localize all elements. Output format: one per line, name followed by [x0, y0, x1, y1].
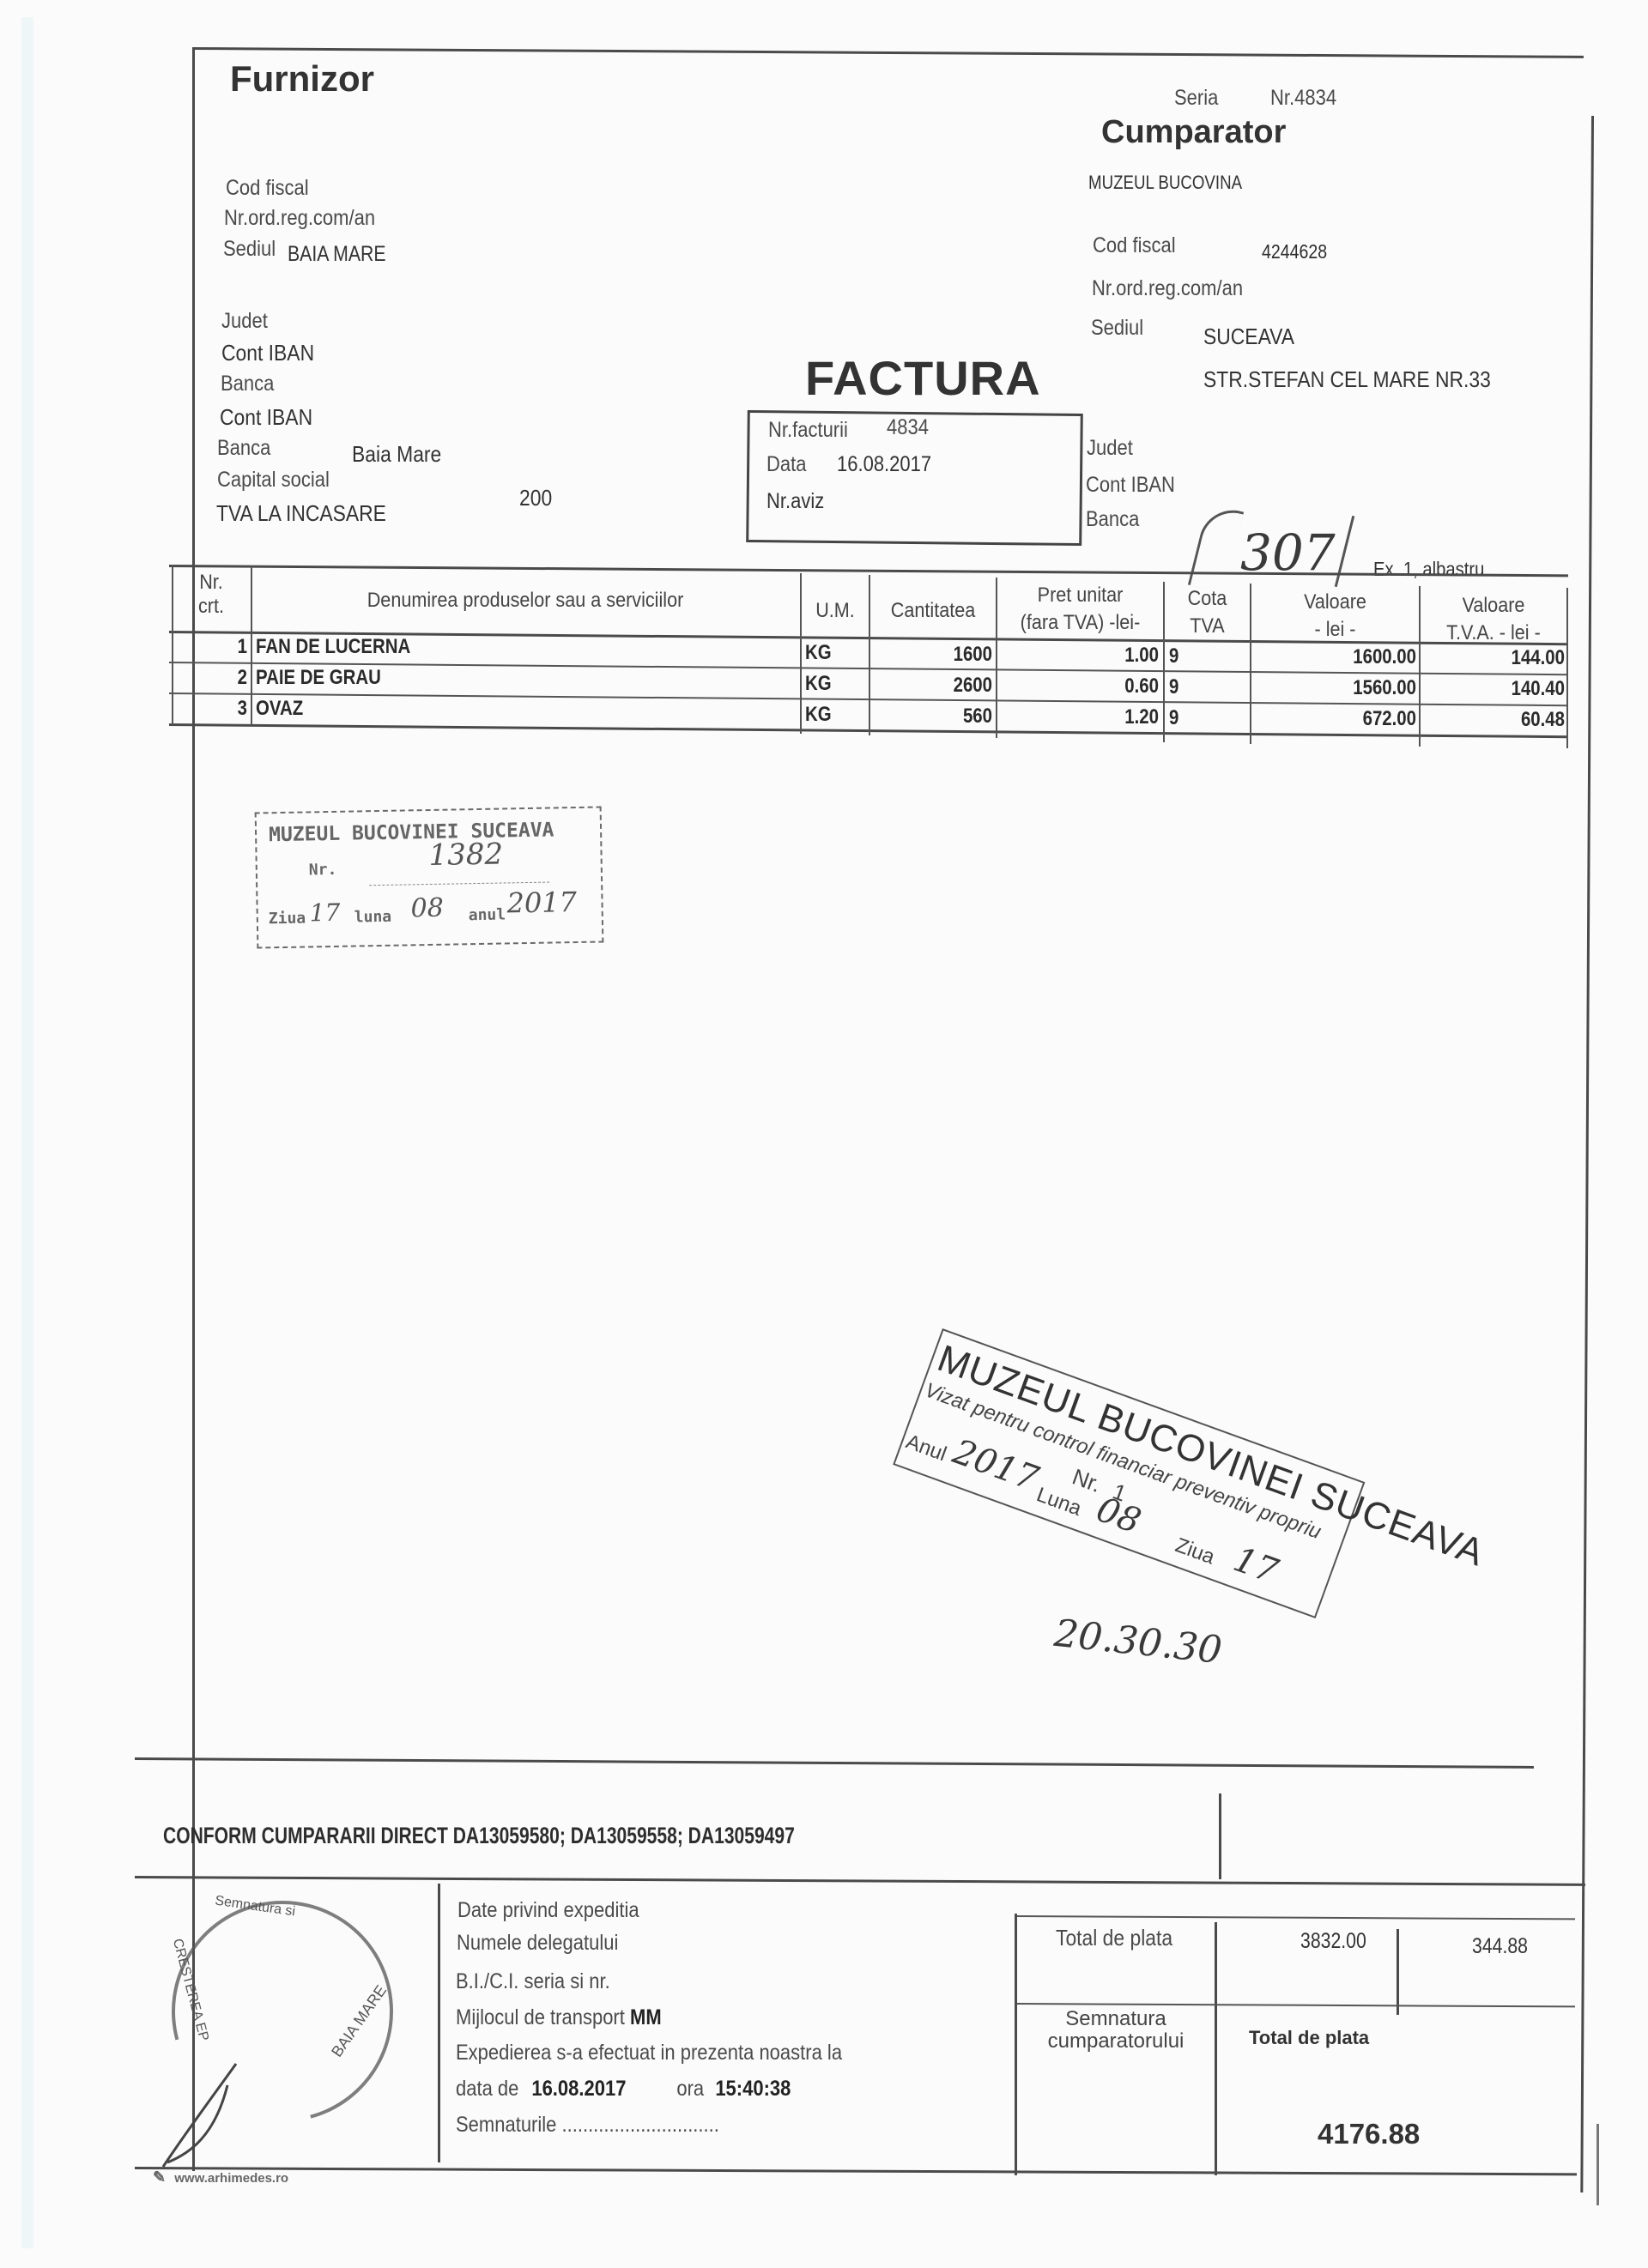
scan-mark-right: [1596, 2124, 1599, 2205]
cfp-stamp-anul-label: Anul: [903, 1430, 950, 1467]
supplier-capital-value: 200: [519, 485, 552, 511]
cfp-stamp-ziua-label: Ziua: [1172, 1533, 1217, 1569]
supplier-sediul-label: Sediul: [223, 237, 276, 262]
cell-cota: 9: [1169, 644, 1235, 668]
cell-value: 1600.00: [1276, 645, 1416, 669]
cell-cota: 9: [1169, 675, 1235, 699]
cell-um: KG: [805, 641, 857, 665]
buyer-name: MUZEUL BUCOVINA: [1088, 172, 1242, 194]
cell-cota: 9: [1169, 706, 1235, 730]
registry-stamp-anul-value: 2017: [506, 886, 577, 919]
cell-name: FAN DE LUCERNA: [256, 635, 716, 659]
col-sep-value: [1250, 584, 1251, 744]
registry-stamp-anul-label: anul: [469, 905, 506, 924]
header-nr-line2: crt.: [176, 595, 247, 619]
expedition-id-label: B.I./C.I. seria si nr.: [456, 1969, 610, 1994]
header-vat-line1: Valoare: [1428, 594, 1560, 618]
cell-price: 1.20: [1021, 705, 1159, 729]
col-sep-nr: [172, 565, 173, 725]
buyer-cod-fiscal-label: Cod fiscal: [1093, 233, 1176, 258]
cell-value: 1560.00: [1276, 676, 1416, 700]
buyer-signature-line1: Semnatura: [1039, 2008, 1193, 2030]
expedition-date-value: 16.08.2017: [531, 2077, 626, 2101]
buyer-cod-fiscal-value: 4244628: [1262, 240, 1327, 263]
expedition-heading: Date privind expeditia: [457, 1898, 639, 1923]
expedition-delegate-label: Numele delegatului: [457, 1931, 618, 1956]
cfp-stamp-nr-label: Nr.: [1069, 1463, 1105, 1497]
cfp-stamp-anul-value: 2017: [948, 1432, 1043, 1499]
supplier-banca-label-2: Banca: [217, 436, 270, 461]
cell-um: KG: [805, 672, 857, 696]
handwritten-bracket-right: [1335, 516, 1354, 587]
buyer-sediul-label: Sediul: [1091, 316, 1143, 341]
supplier-cont-iban-label-2: Cont IBAN: [220, 404, 312, 431]
invoice-aviz-label: Nr.aviz: [766, 489, 824, 514]
header-cota-line2: TVA: [1169, 614, 1245, 638]
bottom-col-sep-vat: [1397, 1929, 1399, 2015]
cell-vat: 60.48: [1442, 708, 1565, 732]
cell-name: OVAZ: [256, 697, 716, 721]
series-label: Seria: [1174, 86, 1218, 111]
expedition-signatures: Semnaturile ............................…: [456, 2113, 719, 2138]
invoice-date-value: 16.08.2017: [837, 452, 931, 477]
cell-name: PAIE DE GRAU: [256, 666, 716, 690]
header-nr: Nr. crt.: [176, 571, 247, 619]
supplier-capital-label: Capital social: [217, 468, 330, 493]
cell-price: 0.60: [1021, 674, 1159, 699]
cell-nr: 2: [183, 666, 247, 690]
expedition-time-label: ora: [676, 2077, 704, 2101]
col-sep-price: [996, 578, 997, 738]
cfp-stamp-luna-value: 08: [1091, 1490, 1146, 1542]
col-sep-vat: [1419, 586, 1421, 747]
notes-right-col-sep: [1219, 1793, 1221, 1879]
bottom-bottom-border: [135, 2167, 1577, 2175]
invoice-date-label: Data: [766, 452, 806, 477]
handwritten-budget-code: 20.30.30: [1052, 1612, 1224, 1672]
supplier-tva-note: TVA LA INCASARE: [216, 500, 386, 527]
registry-stamp-nr-label: Nr.: [309, 861, 337, 880]
cell-vat: 144.00: [1442, 646, 1565, 670]
header-price: Pret unitar (fara TVA) -lei-: [1006, 584, 1155, 635]
cell-value: 672.00: [1276, 707, 1416, 731]
col-sep-end: [1566, 588, 1568, 748]
buyer-reg-label: Nr.ord.reg.com/an: [1092, 276, 1243, 301]
pen-icon: ✎: [153, 2168, 166, 2186]
supplier-sediul-value: BAIA MARE: [288, 242, 386, 267]
expedition-time-value: 15:40:38: [715, 2077, 791, 2101]
header-price-line2: (fara TVA) -lei-: [1006, 611, 1155, 635]
notes-conform: CONFORM CUMPARARII DIRECT DA13059580; DA…: [163, 1823, 795, 1849]
header-vat: Valoare T.V.A. - lei -: [1428, 594, 1560, 645]
expedition-date-label: data de: [456, 2077, 518, 2101]
expedition-transport-value: MM: [630, 2005, 662, 2029]
frame-top: [193, 47, 1584, 58]
header-value-line1: Valoare: [1260, 590, 1411, 614]
supplier-banca-label: Banca: [221, 372, 274, 396]
frame-left: [192, 47, 195, 2171]
registry-stamp-luna-label: luna: [354, 908, 392, 927]
expedition-statement: Expedierea s-a efectuat in prezenta noas…: [456, 2041, 842, 2065]
buyer-signature-label: Semnatura cumparatorului: [1039, 2008, 1193, 2053]
header-qty: Cantitatea: [876, 599, 989, 623]
buyer-heading: Cumparator: [1101, 114, 1286, 151]
cfp-stamp: MUZEUL BUCOVINEI SUCEAVA Vizat pentru co…: [893, 1328, 1365, 1618]
totals-row-border: [1017, 1915, 1575, 1920]
supplier-judet-label: Judet: [221, 309, 268, 334]
series-number: Nr.4834: [1270, 86, 1336, 111]
buyer-sediul-street: STR.STEFAN CEL MARE NR.33: [1203, 366, 1491, 393]
header-cota: Cota TVA: [1169, 587, 1245, 638]
cell-price: 1.00: [1021, 644, 1159, 668]
bottom-top-border: [135, 1876, 1585, 1886]
total-vat-value: 344.88: [1472, 1934, 1528, 1959]
bottom-col-sep-stamp: [438, 1884, 440, 2162]
supplier-reg-label: Nr.ord.reg.com/an: [224, 206, 375, 231]
registry-stamp-title: MUZEUL BUCOVINEI SUCEAVA: [269, 819, 554, 846]
col-sep-um: [800, 573, 802, 734]
notes-top-border: [135, 1757, 1534, 1769]
buyer-sediul-city: SUCEAVA: [1203, 324, 1294, 350]
handwritten-bracket-left: [1188, 503, 1244, 593]
header-name: Denumirea produselor sau a serviciilor: [278, 589, 772, 613]
buyer-banca-label: Banca: [1086, 507, 1139, 532]
registry-stamp-nr-value: 1382: [428, 837, 503, 873]
bottom-col-sep-values: [1215, 1922, 1217, 2175]
expedition-transport-label: Mijlocul de transport: [456, 2005, 625, 2029]
col-sep-name: [251, 566, 252, 725]
copy-note: Ex. 1, albastru: [1373, 558, 1484, 581]
cell-um: KG: [805, 703, 857, 727]
registry-stamp: MUZEUL BUCOVINEI SUCEAVA Nr. 1382 Ziua 1…: [255, 806, 604, 948]
invoice-title: FACTURA: [805, 350, 1041, 406]
total-value: 3832.00: [1300, 1929, 1366, 1954]
expedition-transport: Mijlocul de transport MM: [456, 2005, 662, 2030]
cell-qty: 2600: [888, 674, 992, 698]
cfp-stamp-ziua-value: 17: [1228, 1539, 1283, 1592]
header-value: Valoare - lei -: [1260, 590, 1411, 642]
header-nr-line1: Nr.: [176, 571, 247, 595]
scan-mark-left: [21, 17, 33, 2248]
supplier-cont-iban-label: Cont IBAN: [221, 340, 314, 366]
buyer-signature-line2: cumparatorului: [1039, 2030, 1193, 2053]
header-value-line2: - lei -: [1260, 618, 1411, 642]
cell-qty: 560: [888, 705, 992, 729]
expedition-date: data de 16.08.2017 ora 15:40:38: [456, 2077, 791, 2102]
grand-total-label: Total de plata: [1249, 2027, 1369, 2049]
header-price-line1: Pret unitar: [1006, 584, 1155, 608]
invoice-number-value: 4834: [887, 415, 929, 440]
grand-total-value: 4176.88: [1318, 2118, 1420, 2150]
col-sep-cota: [1163, 582, 1165, 742]
footer-website: ✎ www.arhimedes.ro: [153, 2168, 288, 2186]
footer-website-text: www.arhimedes.ro: [174, 2171, 288, 2186]
registry-stamp-luna-value: 08: [410, 893, 444, 924]
supplier-cod-fiscal-label: Cod fiscal: [226, 176, 309, 201]
invoice-number-label: Nr.facturii: [768, 418, 848, 443]
registry-stamp-ziua-value: 17: [309, 898, 340, 928]
frame-right: [1580, 116, 1594, 2192]
header-cota-line1: Cota: [1169, 587, 1245, 611]
buyer-cont-iban-label: Cont IBAN: [1086, 473, 1175, 498]
total-label: Total de plata: [1056, 1925, 1172, 1951]
cell-nr: 1: [183, 635, 247, 659]
supplier-signature-icon: [154, 2059, 257, 2171]
cell-qty: 1600: [888, 643, 992, 667]
registry-stamp-nr-line: [369, 882, 549, 886]
supplier-banca-value: Baia Mare: [352, 441, 441, 468]
cell-vat: 140.40: [1442, 677, 1565, 701]
registry-stamp-ziua-label: Ziua: [269, 910, 306, 928]
buyer-judet-label: Judet: [1087, 436, 1133, 461]
cell-nr: 3: [183, 697, 247, 721]
header-um: U.M.: [805, 599, 865, 623]
header-vat-line2: T.V.A. - lei -: [1428, 621, 1560, 645]
bottom-col-sep-totals: [1015, 1914, 1017, 2175]
supplier-heading: Furnizor: [230, 58, 374, 100]
col-sep-qty: [869, 575, 870, 735]
